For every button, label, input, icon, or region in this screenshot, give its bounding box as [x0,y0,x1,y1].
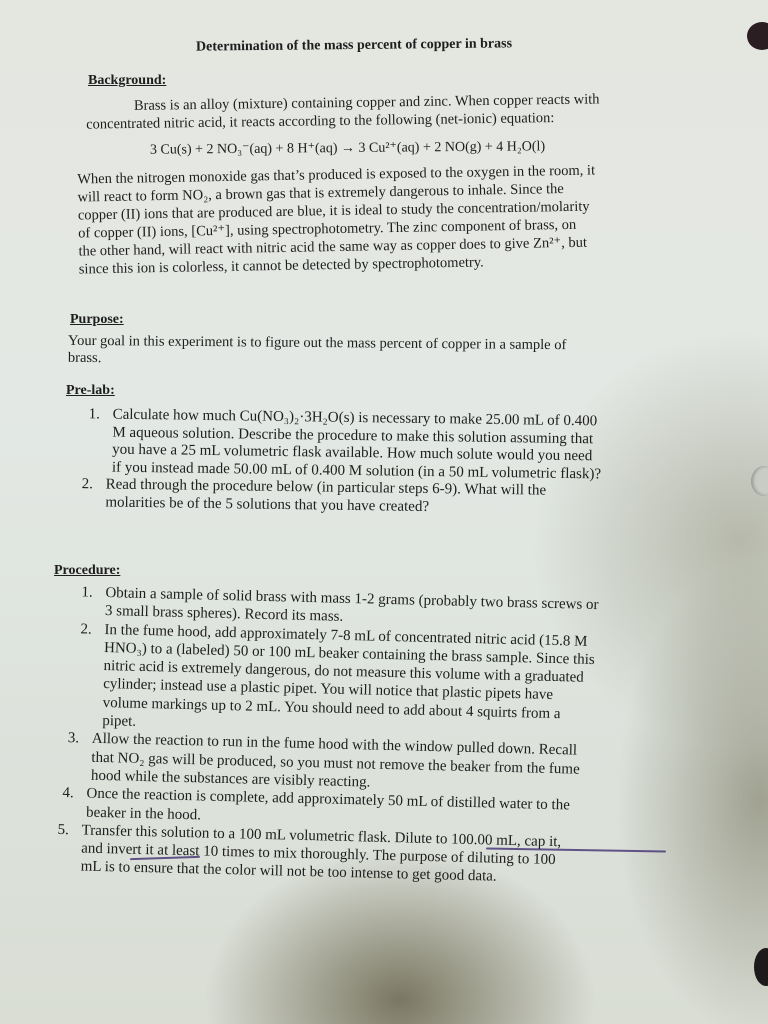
net-ionic-equation: 3 Cu(s) + 2 NO₃⁻(aq) + 8 H⁺(aq) → 3 Cu²⁺… [150,138,545,158]
background-heading: Background: [88,73,166,89]
background-intro: Brass is an alloy (mixture) containing c… [86,90,600,133]
document-title: Determination of the mass percent of cop… [196,36,512,55]
prelab-item-2: 2. Read through the procedure below (in … [105,476,601,518]
prelab-list: 1. Calculate how much Cu(NO₃)₂·3H₂O(s) i… [111,407,602,519]
procedure-step-2: 2. In the fume hood, add approximately 7… [102,621,598,743]
purpose-heading: Purpose: [70,312,124,328]
purpose-text: Your goal in this experiment is to figur… [68,333,567,371]
procedure-list: 1. Obtain a sample of solid brass with m… [98,584,598,889]
background-body: When the nitrogen monoxide gas that’s pr… [77,161,597,278]
prelab-heading: Pre-lab: [66,383,115,399]
prelab-item-1: 1. Calculate how much Cu(NO₃)₂·3H₂O(s) i… [112,407,602,484]
procedure-heading: Procedure: [54,563,120,579]
